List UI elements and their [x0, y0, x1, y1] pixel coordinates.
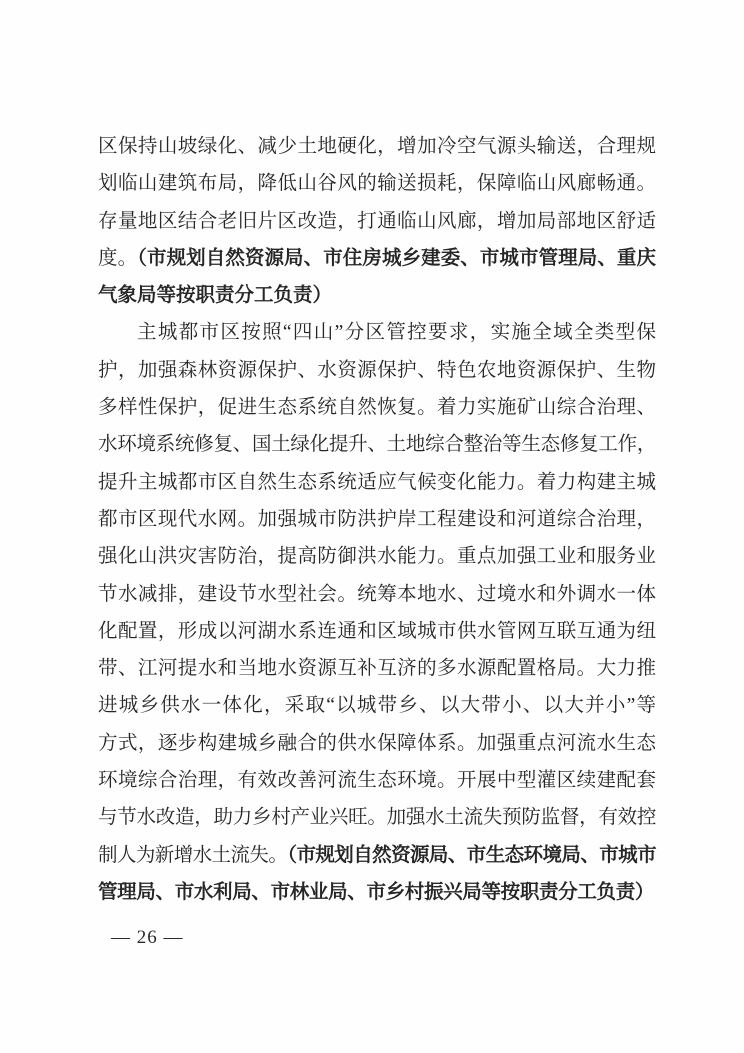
text-line: 多样性保护，促进生态系统自然恢复。着力实施矿山综合治理、 [98, 389, 656, 426]
body-text: 存量地区结合老旧片区改造，打通临山风廊，增加局部地区舒适 [98, 211, 656, 232]
text-line: 水环境系统修复、国土绿化提升、土地综合整治等生态修复工作， [98, 426, 656, 463]
body-text: 节水减排，建设节水型社会。统筹本地水、过境水和外调水一体 [98, 584, 656, 605]
attribution-text: 管理局、市水利局、市林业局、市乡村振兴局等按职责分工负责） [98, 882, 654, 903]
document-page: 区保持山坡绿化、减少土地硬化，增加冷空气源头输送，合理规 划临山建筑布局，降低山… [0, 0, 744, 1053]
attribution-text: （市规划自然资源局、市住房城乡建委、市城市管理局、重庆 [137, 248, 656, 269]
text-line: 方式，逐步构建城乡融合的供水保障体系。加强重点河流水生态 [98, 725, 656, 762]
paragraph-1: 区保持山坡绿化、减少土地硬化，增加冷空气源头输送，合理规 划临山建筑布局，降低山… [98, 128, 656, 314]
body-text: 都市区现代水网。加强城市防洪护岸工程建设和河道综合治理， [98, 509, 656, 530]
text-line: 提升主城都市区自然生态系统适应气候变化能力。着力构建主城 [98, 464, 656, 501]
text-line: 护，加强森林资源保护、水资源保护、特色农地资源保护、生物 [98, 352, 656, 389]
body-text: 带、江河提水和当地水资源互补互济的多水源配置格局。大力推 [98, 658, 656, 679]
body-text: 方式，逐步构建城乡融合的供水保障体系。加强重点河流水生态 [98, 733, 656, 754]
body-text: 水环境系统修复、国土绿化提升、土地综合整治等生态修复工作， [98, 434, 656, 455]
text-line: 存量地区结合老旧片区改造，打通临山风廊，增加局部地区舒适 [98, 203, 656, 240]
body-text: 强化山洪灾害防治，提高防御洪水能力。重点加强工业和服务业 [98, 546, 656, 567]
body-text: 化配置，形成以河湖水系连通和区域城市供水管网互联互通为纽 [98, 621, 656, 642]
body-text: 与节水改造，助力乡村产业兴旺。加强水土流失预防监督，有效控 [98, 807, 656, 828]
text-line: 进城乡供水一体化，采取“以城带乡、以大带小、以大并小”等 [98, 687, 656, 724]
text-line: 与节水改造，助力乡村产业兴旺。加强水土流失预防监督，有效控 [98, 799, 656, 836]
text-line: 区保持山坡绿化、减少土地硬化，增加冷空气源头输送，合理规 [98, 128, 656, 165]
body-text: 护，加强森林资源保护、水资源保护、特色农地资源保护、生物 [98, 360, 656, 381]
text-line: 管理局、市水利局、市林业局、市乡村振兴局等按职责分工负责） [98, 874, 656, 911]
attribution-text: 气象局等按职责分工负责） [98, 285, 332, 306]
body-text: 提升主城都市区自然生态系统适应气候变化能力。着力构建主城 [98, 472, 656, 493]
body-text: 度。 [98, 248, 137, 269]
text-line: 带、江河提水和当地水资源互补互济的多水源配置格局。大力推 [98, 650, 656, 687]
body-text: 区保持山坡绿化、减少土地硬化，增加冷空气源头输送，合理规 [98, 136, 656, 157]
body-text: 环境综合治理，有效改善河流生态环境。开展中型灌区续建配套 [98, 770, 656, 791]
text-line: 制人为新增水土流失。（市规划自然资源局、市生态环境局、市城市 [98, 837, 656, 874]
text-line: 环境综合治理，有效改善河流生态环境。开展中型灌区续建配套 [98, 762, 656, 799]
text-line: 度。（市规划自然资源局、市住房城乡建委、市城市管理局、重庆 [98, 240, 656, 277]
body-text: 划临山建筑布局，降低山谷风的输送损耗，保障临山风廊畅通。 [98, 173, 656, 194]
text-line: 主城都市区按照“四山”分区管控要求，实施全域全类型保 [98, 314, 656, 351]
document-body: 区保持山坡绿化、减少土地硬化，增加冷空气源头输送，合理规 划临山建筑布局，降低山… [98, 128, 656, 911]
text-line: 划临山建筑布局，降低山谷风的输送损耗，保障临山风廊畅通。 [98, 165, 656, 202]
body-text: 制人为新增水土流失。 [98, 845, 287, 866]
text-line: 气象局等按职责分工负责） [98, 277, 656, 314]
text-line: 强化山洪灾害防治，提高防御洪水能力。重点加强工业和服务业 [98, 538, 656, 575]
attribution-text: （市规划自然资源局、市生态环境局、市城市 [287, 845, 656, 866]
body-text: 进城乡供水一体化，采取“以城带乡、以大带小、以大并小”等 [98, 695, 656, 716]
text-line: 化配置，形成以河湖水系连通和区域城市供水管网互联互通为纽 [98, 613, 656, 650]
body-text: 多样性保护，促进生态系统自然恢复。着力实施矿山综合治理、 [98, 397, 656, 418]
paragraph-2: 主城都市区按照“四山”分区管控要求，实施全域全类型保 护，加强森林资源保护、水资… [98, 314, 656, 911]
text-line: 都市区现代水网。加强城市防洪护岸工程建设和河道综合治理， [98, 501, 656, 538]
body-text: 主城都市区按照“四山”分区管控要求，实施全域全类型保 [137, 322, 656, 343]
text-line: 节水减排，建设节水型社会。统筹本地水、过境水和外调水一体 [98, 576, 656, 613]
page-number: — 26 — [111, 924, 184, 952]
